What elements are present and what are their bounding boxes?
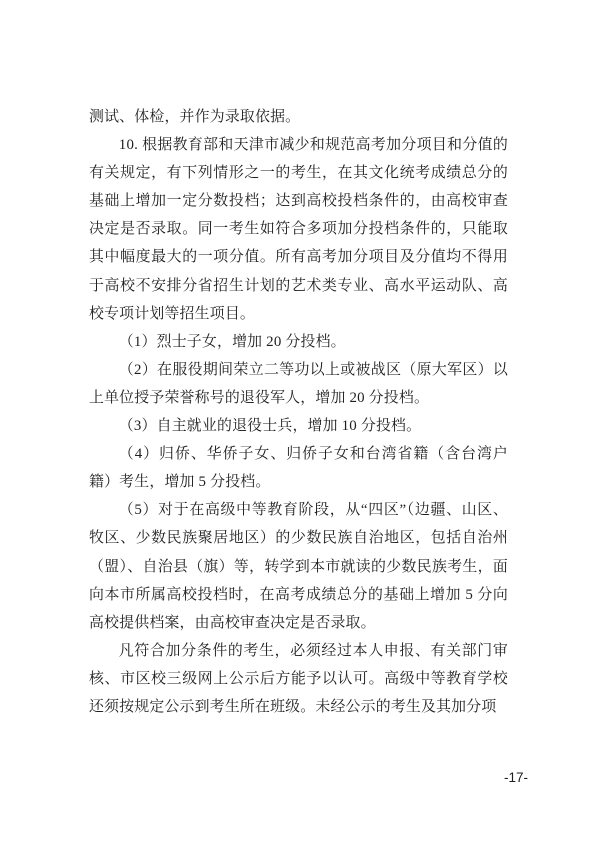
document-page: 测试、体检，并作为录取依据。 10. 根据教育部和天津市减少和规范高考加分项目和…: [0, 0, 595, 842]
paragraph-subitem-2: （2）在服役期间荣立二等功以上或被战区（原大军区）以上单位授予荣誉称号的退役军人…: [89, 356, 508, 412]
paragraph-subitem-5: （5）对于在高级中等教育阶段，从“四区”（边疆、山区、牧区、少数民族聚居地区）的…: [89, 496, 508, 636]
page-number: -17-: [0, 769, 528, 787]
paragraph-subitem-4: （4）归侨、华侨子女、归侨子女和台湾省籍（含台湾户籍）考生，增加 5 分投档。: [89, 440, 508, 496]
paragraph-item-10: 10. 根据教育部和天津市减少和规范高考加分项目和分值的有关规定，有下列情形之一…: [89, 131, 508, 328]
paragraph-subitem-3: （3）自主就业的退役士兵，增加 10 分投档。: [89, 412, 508, 440]
paragraph-continuation: 测试、体检，并作为录取依据。: [89, 103, 508, 131]
paragraph-subitem-1: （1）烈士子女，增加 20 分投档。: [89, 328, 508, 356]
paragraph-closing: 凡符合加分条件的考生，必须经过本人申报、有关部门审核、市区校三级网上公示后方能予…: [89, 637, 508, 721]
document-body-text: 测试、体检，并作为录取依据。 10. 根据教育部和天津市减少和规范高考加分项目和…: [89, 103, 508, 721]
